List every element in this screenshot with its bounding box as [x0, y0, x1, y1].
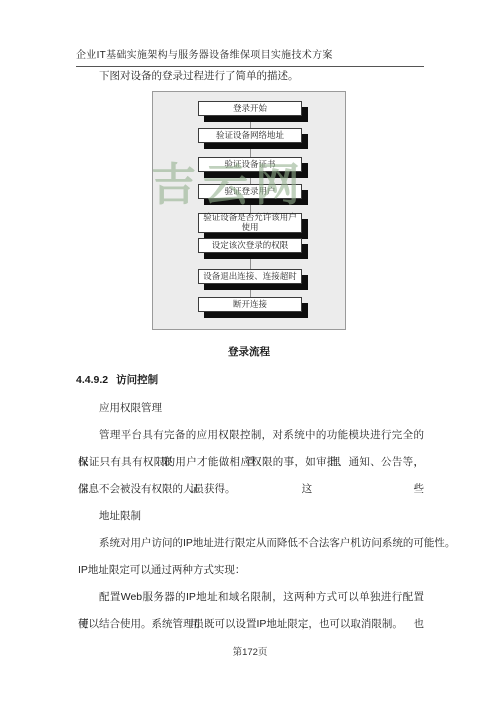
document-header-title: 企业IT基础实施架构与服务器设备维保项目实施技术方案 [76, 46, 424, 67]
flowchart-step-set-permissions: 设定该次登录的权限 [198, 238, 302, 253]
login-flowchart-panel: 登录开始 验证设备网络地址 验证设备证书 验证登录用户 验证设备是否允许该用户使… [152, 91, 346, 330]
body-line: 可以结合使用。系统管理员既可以设置IP地址限定，也可以取消限制。 [78, 611, 424, 638]
section-number: 4.4.9.2 [76, 374, 108, 386]
watermark-text: 吉云网 [151, 162, 321, 207]
section-title: 访问控制 [116, 374, 158, 386]
body-line: 配置Web服务器的IP地址和域名限制，这两种方式可以单独进行配置使用，也 [78, 584, 424, 611]
body-line: IP地址限定可以通过两种方式实现： [78, 557, 424, 584]
body-line: 系统对用户访问的IP地址进行限定从而降低不合法客户机访问系统的可能性。 [78, 530, 424, 557]
body-line: 管理平台具有完备的应用权限控制，对系统中的功能模块进行完全的权限管理， [78, 422, 424, 449]
flowchart-step-exit-or-timeout: 设备退出连接、连接超时 [198, 269, 302, 284]
section-heading: 4.4.9.2访问控制 [76, 372, 158, 387]
intro-paragraph: 下图对设备的登录过程进行了简单的描述。 [78, 69, 424, 84]
flowchart-step-disconnect: 断开连接 [198, 297, 302, 312]
body-line: 应用权限管理 [78, 395, 424, 422]
body-paragraphs: 应用权限管理 管理平台具有完备的应用权限控制，对系统中的功能模块进行完全的权限管… [78, 395, 424, 638]
body-line: 地址限制 [78, 503, 424, 530]
document-page: 企业IT基础实施架构与服务器设备维保项目实施技术方案 下图对设备的登录过程进行了… [0, 0, 500, 707]
page-number: 第172页 [0, 644, 500, 658]
flowchart-step-login-start: 登录开始 [198, 101, 302, 116]
body-line: 保证只有具有权限的用户才能做相应权限的事，如审批、通知、公告等，保证这些 [78, 449, 424, 476]
flowchart-step-verify-user-allowed: 验证设备是否允许该用户使用 [198, 213, 302, 233]
flowchart-step-verify-network-address: 验证设备网络地址 [198, 128, 302, 143]
flowchart-caption: 登录流程 [152, 344, 346, 359]
